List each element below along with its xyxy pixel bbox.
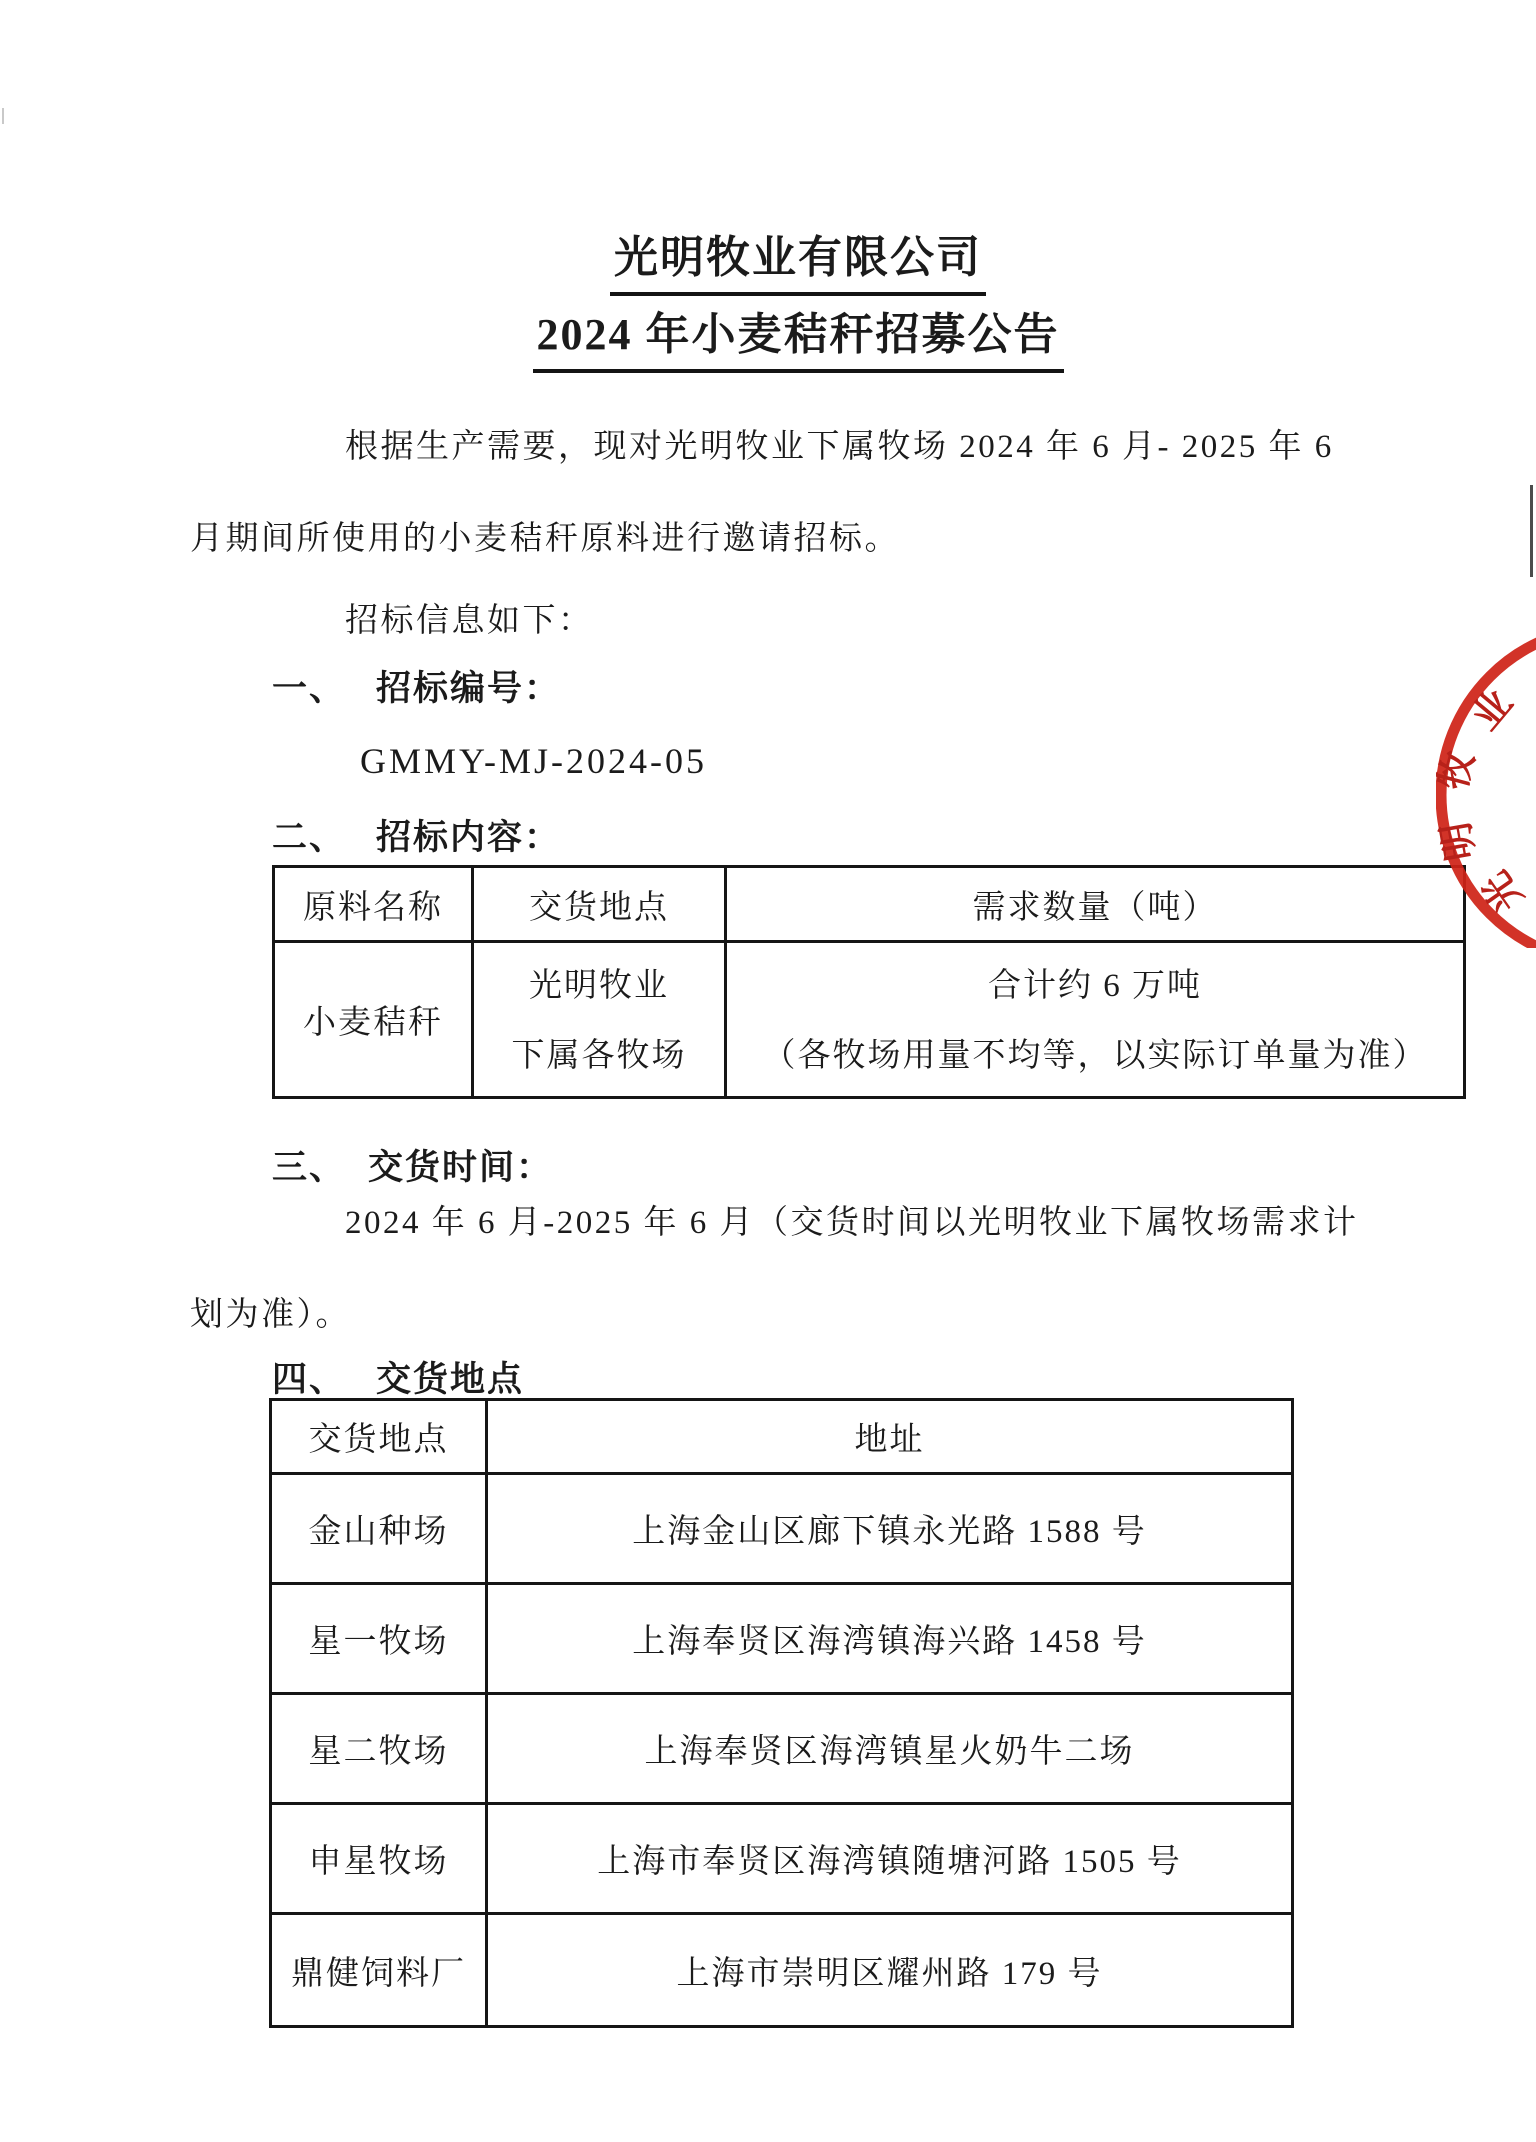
intro-paragraph-line2: 月期间所使用的小麦秸秆原料进行邀请招标。 — [190, 512, 900, 559]
location-table-row: 星二牧场 上海奉贤区海湾镇星火奶牛二场 — [272, 1695, 1291, 1805]
content-header-material: 原料名称 — [275, 868, 474, 943]
location-table-row: 星一牧场 上海奉贤区海湾镇海兴路 1458 号 — [272, 1585, 1291, 1695]
section-1-title: 招标编号： — [376, 669, 561, 708]
content-table-data-row: 小麦秸秆 光明牧业 下属各牧场 合计约 6 万吨 （各牧场用量不均等，以实际订单… — [275, 943, 1463, 1096]
scan-artifact-mark — [2, 108, 4, 124]
title-line1-text: 光明牧业有限公司 — [610, 221, 986, 296]
seal-char: 牧 — [1436, 747, 1483, 795]
intro-paragraph-line3: 招标信息如下： — [345, 594, 594, 641]
site-address: 上海市崇明区耀州路 179 号 — [488, 1915, 1291, 2025]
location-line2: 下属各牧场 — [512, 1029, 687, 1076]
location-table-row: 申星牧场 上海市奉贤区海湾镇随塘河路 1505 号 — [272, 1805, 1291, 1915]
section-3-number: 三、 — [272, 1140, 346, 1190]
content-header-location: 交货地点 — [474, 868, 727, 943]
tender-number-value: GMMY-MJ-2024-05 — [360, 740, 707, 782]
quantity-line2: （各牧场用量不均等，以实际订单量为准） — [763, 1029, 1428, 1076]
site-name: 申星牧场 — [272, 1805, 488, 1915]
company-seal-stamp-icon: 业 牧 明 光 — [1436, 618, 1536, 948]
title-line2-text: 2024 年小麦秸秆招募公告 — [533, 298, 1064, 373]
section-4-number: 四、 — [272, 1352, 346, 1402]
section-2-number: 二、 — [272, 810, 346, 860]
site-address: 上海市奉贤区海湾镇随塘河路 1505 号 — [488, 1805, 1291, 1915]
delivery-time-line2: 划为准）。 — [190, 1288, 351, 1335]
section-3-title: 交货时间： — [368, 1148, 553, 1187]
delivery-time-line1: 2024 年 6 月-2025 年 6 月（交货时间以光明牧业下属牧场需求计 — [345, 1196, 1359, 1243]
quantity-line1: 合计约 6 万吨 — [988, 959, 1202, 1006]
content-cell-quantity: 合计约 6 万吨 （各牧场用量不均等，以实际订单量为准） — [727, 943, 1463, 1096]
site-address: 上海金山区廊下镇永光路 1588 号 — [488, 1475, 1291, 1585]
location-table-row: 金山种场 上海金山区廊下镇永光路 1588 号 — [272, 1475, 1291, 1585]
site-name: 星二牧场 — [272, 1695, 488, 1805]
content-cell-location: 光明牧业 下属各牧场 — [474, 943, 727, 1096]
scanned-document-page: 光明牧业有限公司 2024 年小麦秸秆招募公告 根据生产需要，现对光明牧业下属牧… — [0, 0, 1536, 2142]
location-table-header-row: 交货地点 地址 — [272, 1401, 1291, 1475]
site-name: 金山种场 — [272, 1475, 488, 1585]
section-1-heading: 一、招标编号： — [272, 661, 561, 711]
document-title-company: 光明牧业有限公司 — [30, 221, 1536, 296]
content-table-header-row: 原料名称 交货地点 需求数量（吨） — [275, 868, 1463, 943]
section-2-title: 招标内容： — [376, 818, 561, 857]
intro-paragraph-line1: 根据生产需要，现对光明牧业下属牧场 2024 年 6 月- 2025 年 6 — [345, 420, 1334, 467]
site-name: 鼎健饲料厂 — [272, 1915, 488, 2025]
location-table-row: 鼎健饲料厂 上海市崇明区耀州路 179 号 — [272, 1915, 1291, 2025]
scan-artifact-line — [1530, 485, 1533, 577]
section-4-title: 交货地点 — [376, 1360, 524, 1399]
section-1-number: 一、 — [272, 661, 346, 711]
delivery-location-table: 交货地点 地址 金山种场 上海金山区廊下镇永光路 1588 号 星一牧场 上海奉… — [269, 1398, 1294, 2028]
section-2-heading: 二、招标内容： — [272, 810, 561, 860]
site-name: 星一牧场 — [272, 1585, 488, 1695]
location-header-address: 地址 — [488, 1401, 1291, 1475]
site-address: 上海奉贤区海湾镇海兴路 1458 号 — [488, 1585, 1291, 1695]
content-cell-material: 小麦秸秆 — [275, 943, 474, 1096]
site-address: 上海奉贤区海湾镇星火奶牛二场 — [488, 1695, 1291, 1805]
location-line1: 光明牧业 — [529, 959, 669, 1006]
section-4-heading: 四、交货地点 — [272, 1352, 524, 1402]
tender-content-table: 原料名称 交货地点 需求数量（吨） 小麦秸秆 光明牧业 下属各牧场 合计约 6 … — [272, 865, 1466, 1099]
seal-char: 明 — [1436, 819, 1483, 864]
section-3-heading: 三、交货时间： — [272, 1140, 553, 1190]
location-header-site: 交货地点 — [272, 1401, 488, 1475]
document-title-announcement: 2024 年小麦秸秆招募公告 — [30, 298, 1536, 373]
content-header-quantity: 需求数量（吨） — [727, 868, 1463, 943]
